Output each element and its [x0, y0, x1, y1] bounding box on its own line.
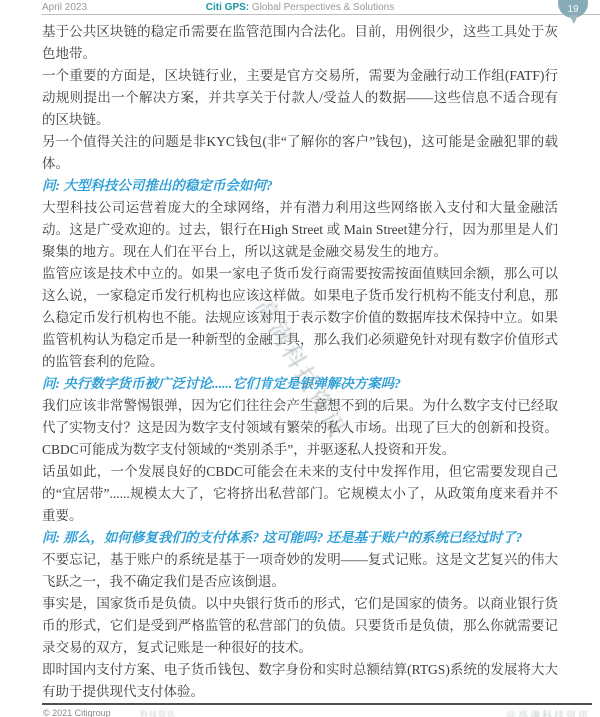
brand-name: Citi GPS:: [206, 2, 249, 13]
document-page: April 2023 Citi GPS: Global Perspectives…: [0, 0, 600, 717]
paragraph: 我们应该非常警惕银弹，因为它们往往会产生意想不到的后果。为什么数字支付已经取代了…: [42, 395, 558, 461]
header-divider: [42, 14, 600, 15]
footer-watermark: ＠高满科技资讯: [506, 707, 590, 717]
page-number-badge: 19: [558, 0, 588, 18]
paragraph: 不要忘记，基于账户的系统是基于一项奇妙的发明——复式记账。这是文艺复兴的伟大飞跃…: [42, 549, 558, 593]
header-title: Citi GPS: Global Perspectives & Solution…: [42, 2, 558, 13]
paragraph: 话虽如此，一个发展良好的CBDC可能会在未来的支付中发挥作用，但它需要发现自己的…: [42, 461, 558, 527]
question-heading: 问: 大型科技公司推出的稳定币会如何?: [42, 175, 558, 197]
question-heading: 问: 那么，如何修复我们的支付体系? 这可能吗? 还是基于账户的系统已经过时了?: [42, 527, 558, 549]
brand-suffix: Global Perspectives & Solutions: [249, 2, 394, 13]
footer-divider: [42, 703, 592, 705]
footer-faint-text: 科技资讯: [140, 709, 176, 717]
paragraph: 即时国内支付方案、电子货币钱包、数字身份和实时总额结算(RTGS)系统的发展将大…: [42, 659, 558, 703]
paragraph: 监管应该是技术中立的。如果一家电子货币发行商需要按需按面值赎回余额，那么可以这么…: [42, 263, 558, 373]
footer-copyright: © 2021 Citigroup: [43, 708, 111, 717]
paragraph: 事实是，国家货币是负债。以中央银行货币的形式，它们是国家的债务。以商业银行货币的…: [42, 593, 558, 659]
question-heading: 问: 央行数字货币被广泛讨论......它们肯定是银弹解决方案吗?: [42, 373, 558, 395]
paragraph: 大型科技公司运营着庞大的全球网络，并有潜力利用这些网络嵌入支付和大量金融活动。这…: [42, 197, 558, 263]
paragraph: 一个重要的方面是，区块链行业，主要是官方交易所，需要为金融行动工作组(FATF)…: [42, 65, 558, 131]
paragraph: 基于公共区块链的稳定币需要在监管范围内合法化。目前，用例很少，这些工具处于灰色地…: [42, 21, 558, 65]
article-body: 基于公共区块链的稳定币需要在监管范围内合法化。目前，用例很少，这些工具处于灰色地…: [42, 21, 558, 703]
paragraph: 另一个值得关注的问题是非KYC钱包(非“了解你的客户”钱包)，这可能是金融犯罪的…: [42, 131, 558, 175]
